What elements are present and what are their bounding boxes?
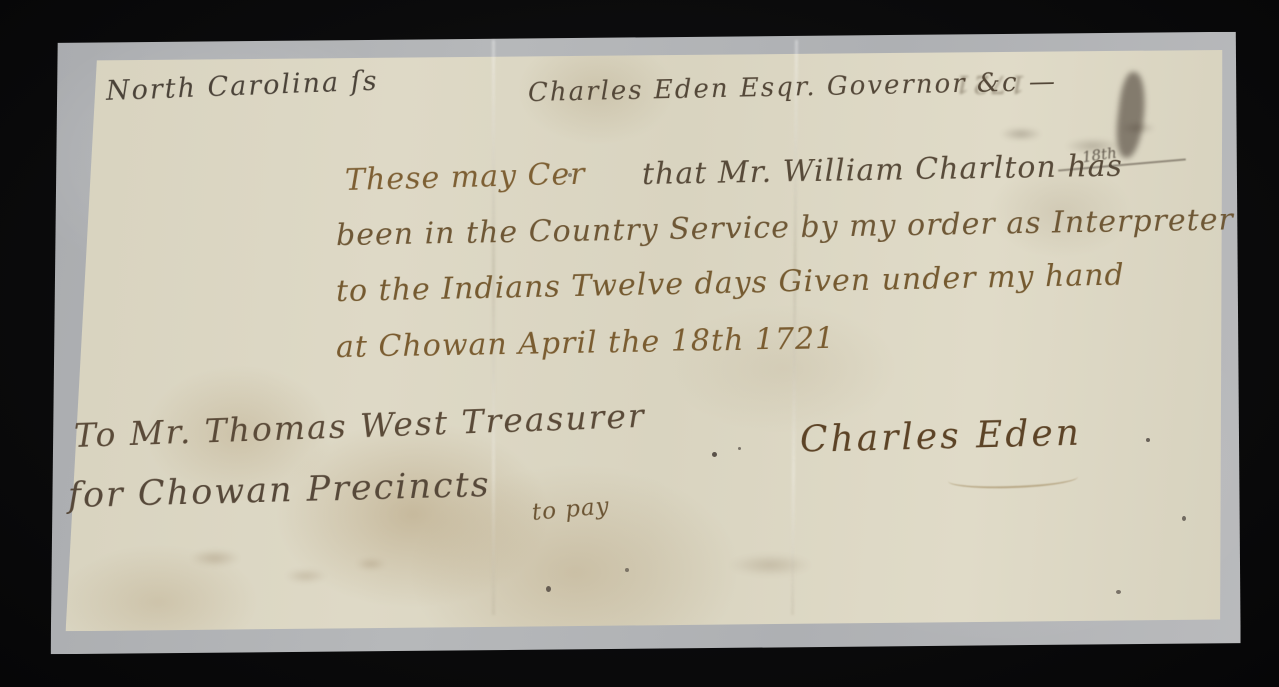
ink-speck	[1182, 516, 1186, 521]
ink-speck	[568, 173, 572, 177]
bleedthrough-lower-left	[150, 540, 410, 600]
bleedthrough-lower-middle	[690, 540, 890, 590]
photograph-background: North Carolina ſs Charles Eden Esqr. Gov…	[0, 0, 1279, 687]
governor-signature: Charles Eden	[799, 413, 1082, 461]
ink-speck	[1116, 590, 1121, 594]
ink-speck	[1146, 438, 1150, 442]
ink-speck	[712, 452, 717, 457]
bleedthrough-mirrored-year: 1721	[952, 70, 1025, 98]
ink-speck	[625, 568, 629, 572]
ink-speck	[546, 586, 551, 592]
ink-speck	[738, 447, 741, 450]
body-line-1-start: These may Cer	[345, 157, 586, 198]
